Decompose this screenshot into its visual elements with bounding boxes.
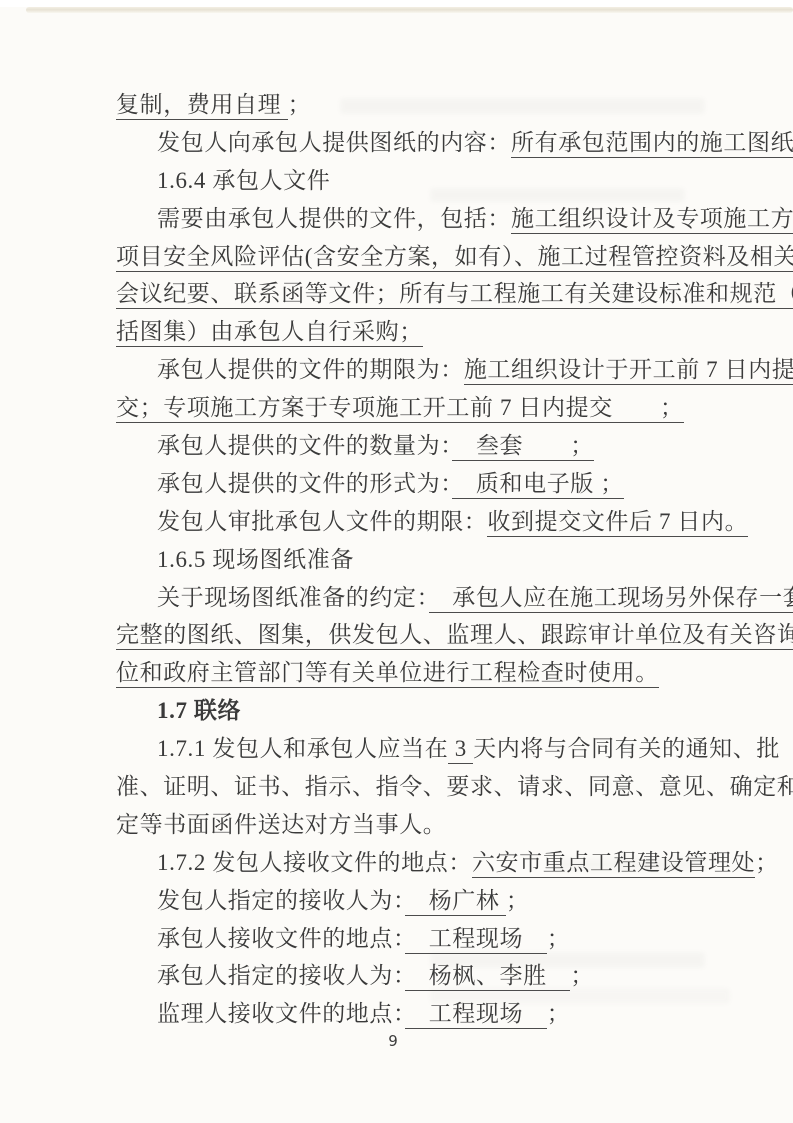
- text-segment: 1.7.1 发包人和承包人应当在: [157, 736, 448, 761]
- clause-1-7-1-line-2: 准、证明、证书、指示、指令、要求、请求、同意、意见、确定和决: [116, 768, 720, 806]
- contractor-documents-line-4: 括图集）由承包人自行采购；: [116, 313, 720, 351]
- text-segment: 承包人提供的文件的形式为：: [157, 471, 452, 496]
- text-segment: 发包人向承包人提供图纸的内容：: [157, 130, 511, 155]
- contractor-documents-line-1: 需要由承包人提供的文件，包括：施工组织设计及专项施工方案、: [116, 200, 720, 238]
- documents-quantity-line: 承包人提供的文件的数量为： 叁套 ；: [116, 427, 720, 465]
- site-drawings-line-1: 关于现场图纸准备的约定： 承包人应在施工现场另外保存一套: [116, 579, 720, 617]
- text-segment: 需要由承包人提供的文件，包括：: [157, 206, 511, 231]
- filled-in-value: 项目安全风险评估(含安全方案，如有）、施工过程管控资料及相关: [116, 244, 793, 272]
- text-segment: 定等书面函件送达对方当事人。: [116, 812, 446, 837]
- documents-format-line: 承包人提供的文件的形式为： 质和电子版 ；: [116, 465, 720, 503]
- filled-in-value: 杨广林: [405, 888, 506, 916]
- text-segment: 1.7 联络: [157, 698, 241, 723]
- text-segment: 承包人提供的文件的期限为：: [157, 357, 464, 382]
- page-number: 9: [0, 1032, 786, 1050]
- clause-1-7-1-line-1: 1.7.1 发包人和承包人应当在 3 天内将与合同有关的通知、批: [116, 730, 720, 768]
- text-segment: 发包人指定的接收人为：: [157, 888, 405, 913]
- text-segment: ；: [506, 888, 530, 913]
- text-segment: 准、证明、证书、指示、指令、要求、请求、同意、意见、确定和决: [116, 774, 793, 799]
- filled-in-value: 施工组织设计及专项施工方案、: [511, 206, 793, 234]
- documents-deadline-line-1: 承包人提供的文件的期限为：施工组织设计于开工前 7 日内提: [116, 351, 720, 389]
- site-drawings-line-2: 完整的图纸、图集，供发包人、监理人、跟踪审计单位及有关咨询单: [116, 616, 720, 654]
- text-segment: ；: [755, 850, 779, 875]
- filled-in-value: 会议纪要、联系函等文件；所有与工程施工有关建设标准和规范（包: [116, 281, 793, 309]
- filled-in-value: 所有承包范围内的施工图纸: [511, 130, 793, 158]
- text-segment: ；: [547, 926, 571, 951]
- filled-in-value: 杨枫、李胜: [405, 963, 570, 991]
- contractor-address-line: 承包人接收文件的地点： 工程现场 ；: [116, 920, 720, 958]
- filled-in-value: 承包人应在施工现场另外保存一套: [429, 585, 793, 613]
- text-segment: 承包人指定的接收人为：: [157, 963, 405, 988]
- scan-fold-line-artifact: [26, 7, 793, 13]
- text-segment: 关于现场图纸准备的约定：: [157, 585, 429, 610]
- supervisor-address-line: 监理人接收文件的地点： 工程现场 ；: [116, 995, 720, 1033]
- filled-in-value: 质和电子版 ；: [452, 471, 624, 499]
- clause-1-6-3-continuation-line: 复制，费用自理 ；: [116, 86, 720, 124]
- text-segment: ；: [288, 92, 312, 117]
- text-segment: ；: [570, 963, 594, 988]
- documents-deadline-line-2: 交；专项施工方案于专项施工开工前 7 日内提交 ；: [116, 389, 720, 427]
- filled-in-value: 收到提交文件后 7 日内。: [487, 509, 748, 537]
- text-segment: 监理人接收文件的地点：: [157, 1001, 405, 1026]
- filled-in-value: 复制，费用自理: [116, 92, 288, 120]
- clause-1-7-1-line-3: 定等书面函件送达对方当事人。: [116, 806, 720, 844]
- employer-recipient-line: 发包人指定的接收人为： 杨广林 ；: [116, 882, 720, 920]
- filled-in-value: 括图集）由承包人自行采购；: [116, 319, 423, 347]
- drawings-content-line: 发包人向承包人提供图纸的内容：所有承包范围内的施工图纸。: [116, 124, 720, 162]
- scanned-contract-page: 复制，费用自理 ；发包人向承包人提供图纸的内容：所有承包范围内的施工图纸。1.6…: [0, 0, 793, 1123]
- clause-1-6-5-heading: 1.6.5 现场图纸准备: [116, 541, 720, 579]
- contractor-documents-line-2: 项目安全风险评估(含安全方案，如有）、施工过程管控资料及相关: [116, 238, 720, 276]
- scan-edge-artifact: [0, 0, 793, 7]
- text-segment: 1.6.5 现场图纸准备: [157, 547, 354, 572]
- filled-in-value: 完整的图纸、图集，供发包人、监理人、跟踪审计单位及有关咨询单: [116, 622, 793, 650]
- filled-in-value: 六安市重点工程建设管理处: [472, 850, 755, 878]
- filled-in-value: 工程现场: [405, 1001, 547, 1029]
- filled-in-value: 叁套 ；: [452, 433, 594, 461]
- clause-1-6-4-heading: 1.6.4 承包人文件: [116, 162, 720, 200]
- text-segment: 天内将与合同有关的通知、批: [473, 736, 780, 761]
- filled-in-value: 位和政府主管部门等有关单位进行工程检查时使用。: [116, 660, 659, 688]
- filled-in-value: 3: [448, 736, 473, 764]
- approval-deadline-line: 发包人审批承包人文件的期限：收到提交文件后 7 日内。: [116, 503, 720, 541]
- text-segment: 发包人审批承包人文件的期限：: [157, 509, 487, 534]
- filled-in-value: 交；专项施工方案于专项施工开工前 7 日内提交 ；: [116, 395, 684, 423]
- filled-in-value: 施工组织设计于开工前 7 日内提: [464, 357, 793, 385]
- text-segment: ；: [547, 1001, 571, 1026]
- text-segment: 1.7.2 发包人接收文件的地点：: [157, 850, 472, 875]
- text-segment: 1.6.4 承包人文件: [157, 168, 330, 193]
- contract-text-block: 复制，费用自理 ；发包人向承包人提供图纸的内容：所有承包范围内的施工图纸。1.6…: [116, 86, 720, 1033]
- text-segment: 承包人接收文件的地点：: [157, 926, 405, 951]
- contractor-recipient-line: 承包人指定的接收人为： 杨枫、李胜 ；: [116, 957, 720, 995]
- clause-1-7-heading: 1.7 联络: [116, 692, 720, 730]
- filled-in-value: 工程现场: [405, 926, 547, 954]
- text-segment: 承包人提供的文件的数量为：: [157, 433, 452, 458]
- site-drawings-line-3: 位和政府主管部门等有关单位进行工程检查时使用。: [116, 654, 720, 692]
- contractor-documents-line-3: 会议纪要、联系函等文件；所有与工程施工有关建设标准和规范（包: [116, 275, 720, 313]
- clause-1-7-2-employer-address-line: 1.7.2 发包人接收文件的地点：六安市重点工程建设管理处；: [116, 844, 720, 882]
